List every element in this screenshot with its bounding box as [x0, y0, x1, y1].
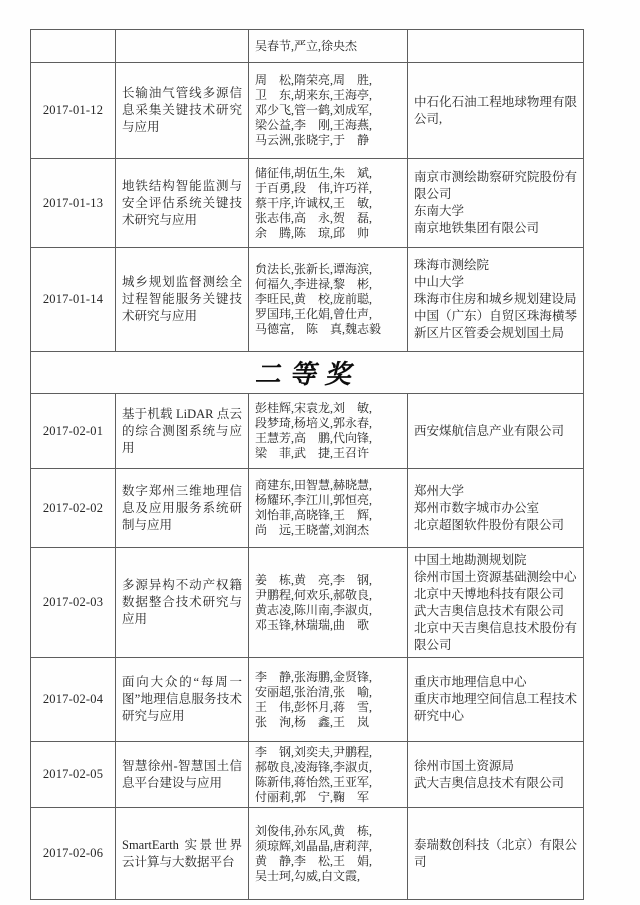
orgs-cell: 西安煤航信息产业有限公司 [408, 394, 584, 469]
orgs-cell: 中国土地勘测规划院 徐州市国土资源基础测绘中心 北京中天博地科技有限公司 武大吉… [408, 548, 584, 658]
table-row: 2017-02-05 智慧徐州-智慧国土信息平台建设与应用 李 钢,刘奕夫,尹鹏… [31, 742, 584, 808]
project-title-cell: 地铁结构智能监测与安全评估系统关键技术研究与应用 [116, 159, 249, 248]
project-title-cell: 面向大众的“每周一图”地理信息服务技术研究与应用 [116, 658, 249, 742]
project-title-cell: 城乡规划监督测绘全过程智能服务关键技术研究与应用 [116, 248, 249, 352]
project-title-cell: 数字郑州三维地理信息及应用服务系统研制与应用 [116, 469, 249, 548]
names-cell: 刘俊伟,孙东风,黄 栋, 须琼辉,刘晶晶,唐莉萍, 黄 静,李 松,王 娟, 吴… [249, 808, 408, 900]
date-cell: 2017-02-01 [31, 394, 116, 469]
names-cell: 李 钢,刘奕夫,尹鹏程, 郝敬良,凌海锋,李淑贞, 陈新伟,蒋怡然,王亚军, 付… [249, 742, 408, 808]
table-row: 2017-01-13 地铁结构智能监测与安全评估系统关键技术研究与应用 储征伟,… [31, 159, 584, 248]
date-cell: 2017-01-12 [31, 63, 116, 159]
date-cell: 2017-02-06 [31, 808, 116, 900]
document-page: 吴春节,严立,徐央杰 2017-01-12 长输油气管线多源信息采集关键技术研究… [0, 0, 640, 905]
date-cell: 2017-01-14 [31, 248, 116, 352]
orgs-cell: 珠海市测绘院 中山大学 珠海市住房和城乡规划建设局 中国（广东）自贸区珠海横琴新… [408, 248, 584, 352]
names-cell: 彭桂辉,宋袁龙,刘 敏, 段梦琦,杨培义,郭永春, 王慧芳,高 鹏,代向锋, 梁… [249, 394, 408, 469]
orgs-cell: 徐州市国土资源局 武大吉奥信息技术有限公司 [408, 742, 584, 808]
date-cell: 2017-02-04 [31, 658, 116, 742]
orgs-cell [408, 30, 584, 63]
award-section-header-row: 二等奖 [31, 352, 584, 394]
date-cell: 2017-01-13 [31, 159, 116, 248]
names-cell: 吴春节,严立,徐央杰 [249, 30, 408, 63]
table-row: 2017-01-14 城乡规划监督测绘全过程智能服务关键技术研究与应用 贠法长,… [31, 248, 584, 352]
date-cell: 2017-02-03 [31, 548, 116, 658]
orgs-cell: 南京市测绘勘察研究院股份有限公司 东南大学 南京地铁集团有限公司 [408, 159, 584, 248]
orgs-cell: 泰瑞数创科技（北京）有限公司 [408, 808, 584, 900]
date-cell: 2017-02-05 [31, 742, 116, 808]
names-cell: 周 松,隋荣亮,周 胜, 卫 东,胡来东,王海亭, 邓少飞,管一鹤,刘成军, 梁… [249, 63, 408, 159]
project-title-cell: 多源异构不动产权籍数据整合技术研究与应用 [116, 548, 249, 658]
table-row: 2017-02-04 面向大众的“每周一图”地理信息服务技术研究与应用 李 静,… [31, 658, 584, 742]
date-cell [31, 30, 116, 63]
project-title-cell [116, 30, 249, 63]
table-row: 2017-01-12 长输油气管线多源信息采集关键技术研究与应用 周 松,隋荣亮… [31, 63, 584, 159]
project-title-cell: 长输油气管线多源信息采集关键技术研究与应用 [116, 63, 249, 159]
project-title-cell: 基于机载 LiDAR 点云的综合测图系统与应用 [116, 394, 249, 469]
awards-table: 吴春节,严立,徐央杰 2017-01-12 长输油气管线多源信息采集关键技术研究… [30, 29, 584, 900]
table-row: 2017-02-06 SmartEarth 实景世界云计算与大数据平台 刘俊伟,… [31, 808, 584, 900]
names-cell: 储征伟,胡伍生,朱 斌, 于百勇,段 伟,许巧祥, 蔡干序,许诚权,王 敏, 张… [249, 159, 408, 248]
table-row: 2017-02-01 基于机载 LiDAR 点云的综合测图系统与应用 彭桂辉,宋… [31, 394, 584, 469]
award-section-header: 二等奖 [31, 352, 584, 394]
names-cell: 姜 栋,黄 亮,李 钢, 尹鹏程,何欢乐,郝敬良, 黄志凌,陈川南,李淑贞, 邓… [249, 548, 408, 658]
table-row: 2017-02-02 数字郑州三维地理信息及应用服务系统研制与应用 商建东,田智… [31, 469, 584, 548]
names-cell: 贠法长,张新长,谭海滨, 何福久,李进禄,黎 彬, 李旺民,黄 校,庞前聪, 罗… [249, 248, 408, 352]
date-cell: 2017-02-02 [31, 469, 116, 548]
names-cell: 李 静,张海鹏,金贤锋, 安丽超,张治清,张 喻, 王 伟,彭怀月,蒋 雪, 张… [249, 658, 408, 742]
project-title-cell: 智慧徐州-智慧国土信息平台建设与应用 [116, 742, 249, 808]
names-cell: 商建东,田智慧,赫晓慧, 杨耀环,李江川,郭恒亮, 刘怡菲,高晓锋,王 辉, 尚… [249, 469, 408, 548]
orgs-cell: 重庆市地理信息中心 重庆市地理空间信息工程技术研究中心 [408, 658, 584, 742]
table-row: 2017-02-03 多源异构不动产权籍数据整合技术研究与应用 姜 栋,黄 亮,… [31, 548, 584, 658]
project-title-cell: SmartEarth 实景世界云计算与大数据平台 [116, 808, 249, 900]
table-row: 吴春节,严立,徐央杰 [31, 30, 584, 63]
orgs-cell: 郑州大学 郑州市数字城市办公室 北京超图软件股份有限公司 [408, 469, 584, 548]
orgs-cell: 中石化石油工程地球物理有限公司, [408, 63, 584, 159]
